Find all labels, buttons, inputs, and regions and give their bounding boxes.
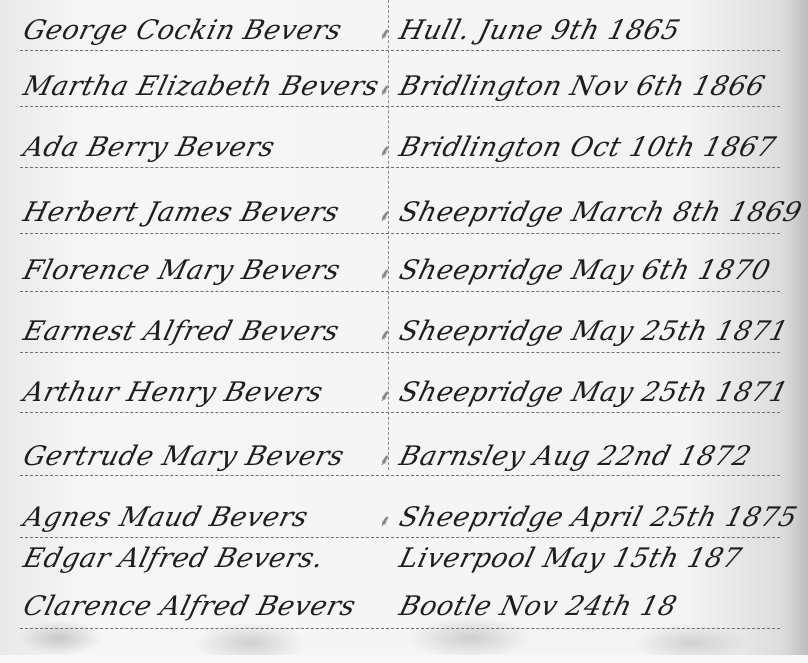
ruled-line	[20, 167, 780, 168]
entry-place-date: Sheepridge May 25th 1871	[396, 316, 791, 347]
fleur-ornament-icon: ⸙	[379, 448, 391, 470]
ruled-line	[20, 50, 780, 51]
fleur-ornament-icon: ⸙	[379, 139, 391, 161]
fleur-ornament-icon: ⸙	[379, 262, 391, 284]
ruled-line	[20, 475, 780, 476]
entry-place-date: Sheepridge May 6th 1870	[396, 255, 774, 286]
entry-name: George Cockin Bevers	[20, 15, 345, 46]
fleur-ornament-icon: ⸙	[379, 22, 391, 44]
register-row: Ada Berry Bevers ⸙ Bridlington Oct 10th …	[0, 121, 808, 167]
fleur-ornament-icon: ⸙	[379, 509, 391, 531]
register-row: Arthur Henry Bevers ⸙ Sheepridge May 25t…	[0, 366, 808, 412]
page-edge	[0, 655, 808, 663]
entry-place-date: Bridlington Nov 6th 1866	[396, 71, 768, 102]
register-row: Clarence Alfred Bevers Bootle Nov 24th 1…	[0, 580, 808, 626]
entry-place-date: Bridlington Oct 10th 1867	[396, 132, 779, 163]
entry-name: Gertrude Mary Bevers	[20, 441, 347, 472]
entry-name: Herbert James Bevers	[20, 197, 343, 228]
register-row: Martha Elizabeth Bevers ⸙ Bridlington No…	[0, 60, 808, 106]
register-row: George Cockin Bevers ⸙ Hull. June 9th 18…	[0, 4, 808, 50]
register-row: Agnes Maud Bevers ⸙ Sheepridge April 25t…	[0, 491, 808, 537]
fleur-ornament-icon: ⸙	[379, 323, 391, 345]
entry-name: Earnest Alfred Bevers	[20, 316, 342, 347]
entry-name: Florence Mary Bevers	[20, 255, 344, 286]
entry-name: Arthur Henry Bevers	[20, 377, 326, 408]
register-row: Gertrude Mary Bevers ⸙ Barnsley Aug 22nd…	[0, 430, 808, 476]
ruled-line	[20, 352, 780, 353]
entry-name: Clarence Alfred Bevers	[20, 591, 359, 622]
entry-place-date: Sheepridge March 8th 1869	[396, 197, 805, 228]
register-page: George Cockin Bevers ⸙ Hull. June 9th 18…	[0, 0, 808, 663]
fleur-ornament-icon: ⸙	[379, 384, 391, 406]
ruled-line	[20, 291, 780, 292]
ruled-line	[20, 412, 780, 413]
fleur-ornament-icon: ⸙	[379, 204, 391, 226]
entry-place-date: Hull. June 9th 1865	[396, 15, 683, 46]
register-row: Earnest Alfred Bevers ⸙ Sheepridge May 2…	[0, 305, 808, 351]
fleur-ornament-icon: ⸙	[379, 78, 391, 100]
entry-name: Agnes Maud Bevers	[20, 502, 311, 533]
entry-place-date: Barnsley Aug 22nd 1872	[396, 441, 755, 472]
entry-place-date: Sheepridge May 25th 1871	[396, 377, 791, 408]
register-row: Florence Mary Bevers ⸙ Sheepridge May 6t…	[0, 244, 808, 290]
register-row: Herbert James Bevers ⸙ Sheepridge March …	[0, 186, 808, 232]
entry-name: Ada Berry Bevers	[20, 132, 278, 163]
entry-name: Martha Elizabeth Bevers	[20, 71, 382, 102]
entry-place-date: Sheepridge April 25th 1875	[396, 502, 801, 533]
ruled-line	[20, 106, 780, 107]
ruled-line	[20, 233, 780, 234]
entry-place-date: Bootle Nov 24th 18	[396, 591, 680, 622]
ruled-line	[20, 628, 780, 629]
